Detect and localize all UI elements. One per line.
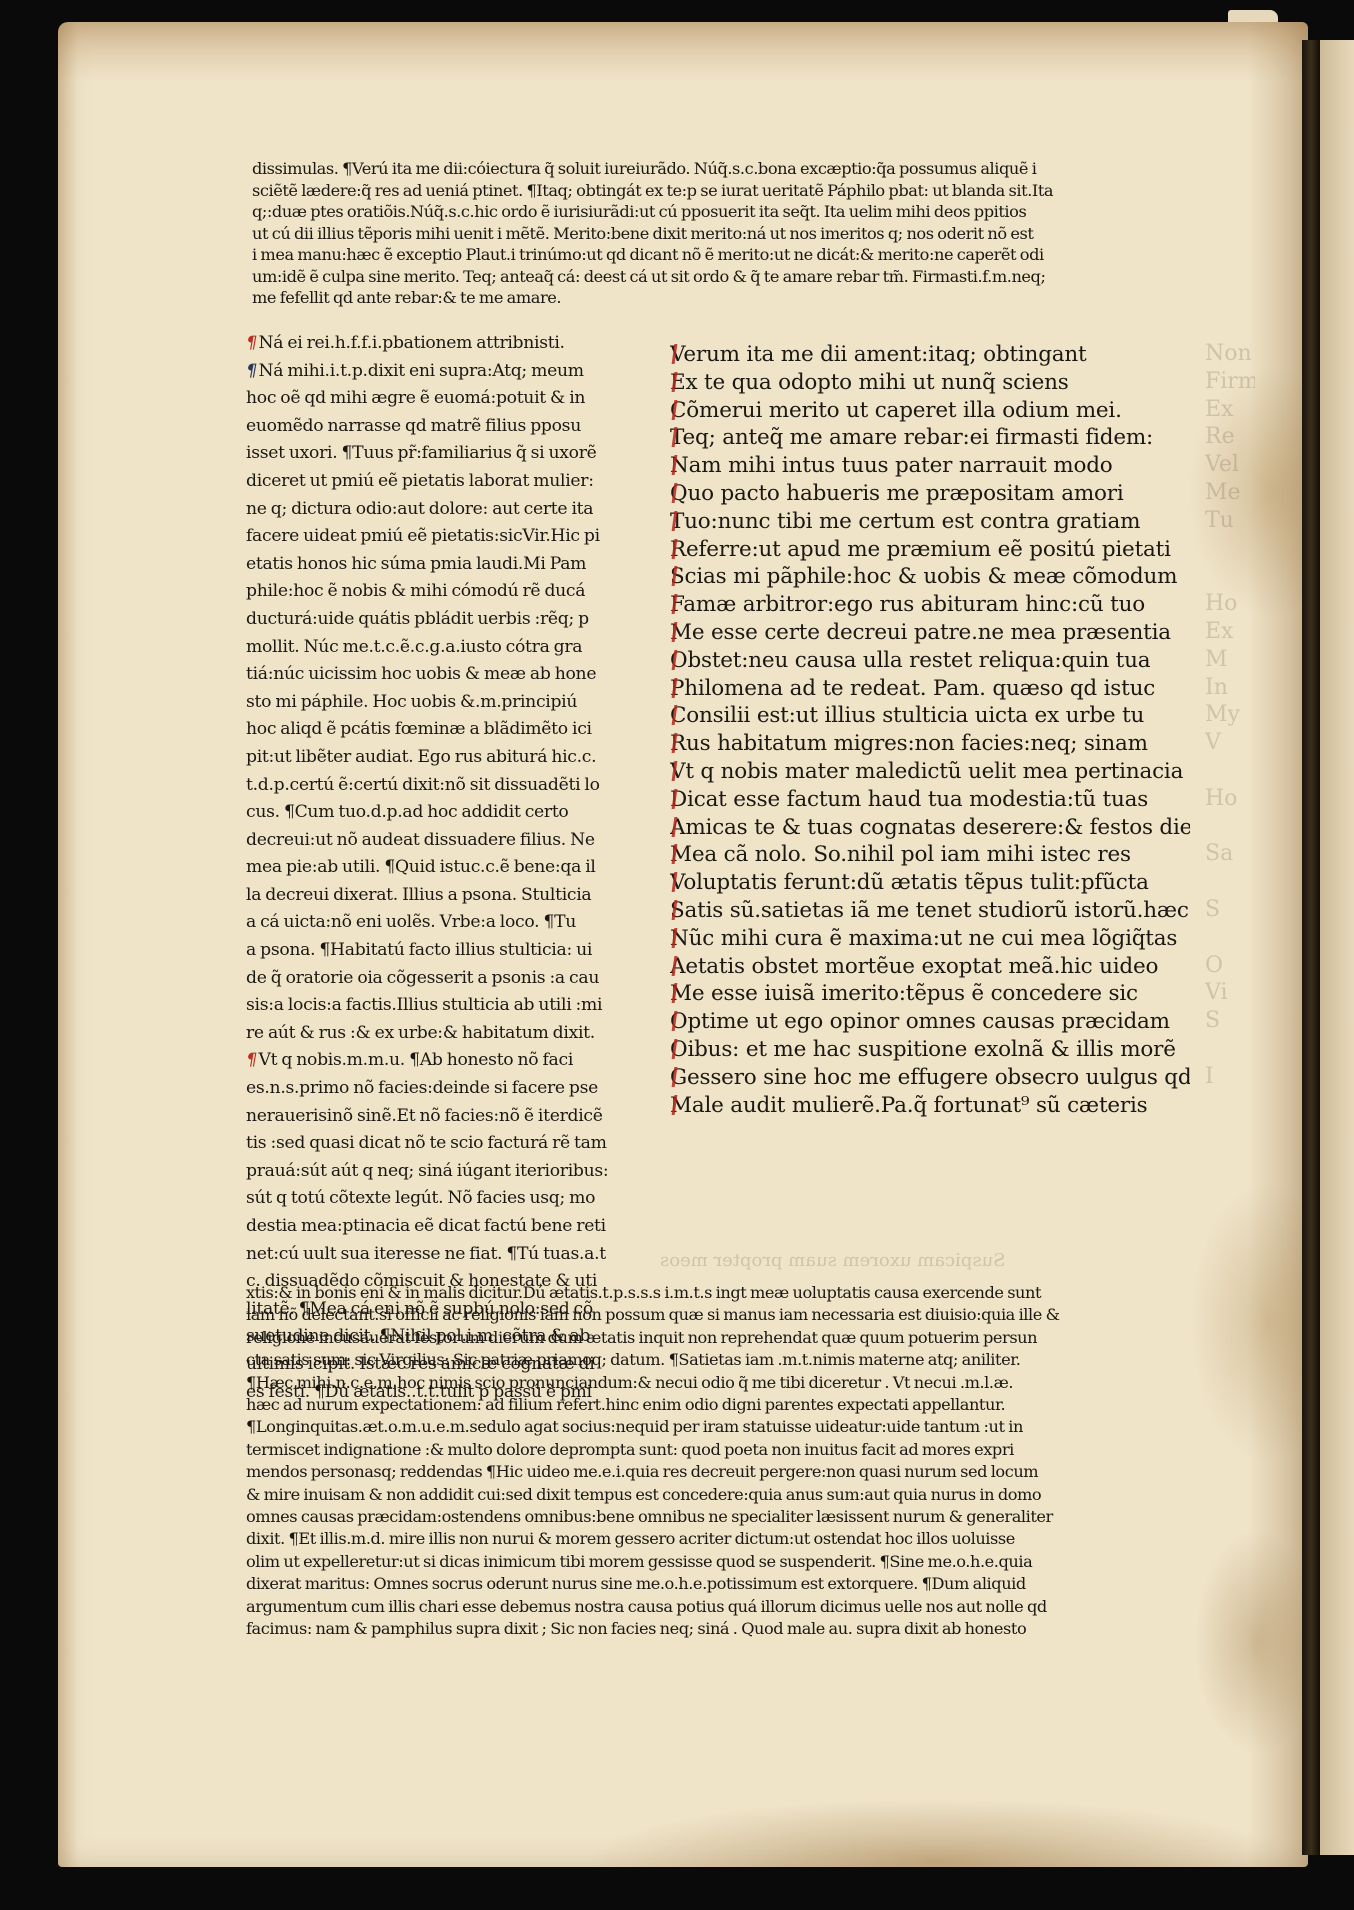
commentary-line: xtis:& in bonis eni & in malis dicitur.D… [246,1282,1191,1304]
rubricated-initial: F [670,592,683,617]
verse-line-text: etatis obstet mortẽue exoptat meã.hic ui… [685,954,1158,979]
rubricated-initial: M [670,842,692,867]
verse-line-text: hilomena ad te redeat. Pam. quæso qd ist… [684,676,1155,701]
verse-line-text: essero sine hoc me effugere obsecro uulg… [687,1065,1190,1090]
commentary-line-text: tiá:núc uicissim hoc uobis & meæ ab hone [246,664,596,684]
rubricated-initial: M [670,1093,692,1118]
commentary-left-column: ¶Ná ei rei.h.f.f.i.pbationem attribnisti… [246,330,666,1406]
verse-line-text: micas te & tuas cognatas deserere:& fest… [685,815,1190,840]
show-through-letter: Tu [1205,507,1255,535]
commentary-line: me fefellit qd ante rebar:& te me amare. [252,287,1187,309]
commentary-line: hæc ad nurum expectationem: ad filium re… [246,1394,1191,1416]
verse-line-text: e esse iuisã imerito:tẽpus ẽ concedere s… [692,981,1138,1006]
rubricated-initial: C [670,703,686,728]
paragraph-mark-icon: ¶ [246,358,259,386]
show-through-letter: V [1205,729,1255,757]
commentary-line-text: ducturá:uide quátis pbládit uerbis :rẽq;… [246,609,589,629]
rubricated-initial: O [670,1009,687,1034]
verse-line: Referre:ut apud me præmium eẽ positú pie… [670,536,1190,564]
verse-line: Amicas te & tuas cognatas deserere:& fes… [670,814,1190,842]
commentary-line-text: Ná ei rei.h.f.f.i.pbationem attribnisti. [259,333,565,353]
commentary-line: tiá:núc uicissim hoc uobis & meæ ab hone [246,661,666,689]
commentary-line: destia mea:ptinacia eẽ dicat factú bene … [246,1213,666,1241]
commentary-line-text: prauá:sút aút q neq; siná iúgant iterior… [246,1161,608,1181]
commentary-line-text: sto mi páphile. Hoc uobis &.m.principiú [246,692,577,712]
verse-line-text: erum ita me dii ament:itaq; obtingant [683,342,1086,367]
verse-line-text: ibus: et me hac suspitione exolnã & illi… [687,1037,1175,1062]
commentary-line: sút q totú cõtexte legút. Nõ facies usq;… [246,1185,666,1213]
commentary-line-text: Ná mihi.i.t.p.dixit eni supra:Atq; meum [259,361,584,381]
commentary-line: termiscet indignatione :& multo dolore d… [246,1439,1191,1461]
verse-line-text: cias mi pãphile:hoc & uobis & meæ cõmodu… [685,564,1178,589]
rubricated-initial: G [670,1065,687,1090]
verse-line: Famæ arbitror:ego rus abituram hinc:cũ t… [670,591,1190,619]
commentary-line: & mire inuisam & non addidit cui:sed dix… [246,1484,1191,1506]
verse-line-text: am mihi intus tuus pater narrauit modo [689,453,1113,478]
commentary-line: mea pie:ab utili. ¶Quid istuc.c.ẽ bene:q… [246,854,666,882]
commentary-line: hoc oẽ qd mihi ægre ẽ euomá:potuit & in [246,385,666,413]
commentary-line-text: t.d.p.certú ẽ:certú dixit:nõ sit dissuad… [246,775,600,795]
rubricated-initial: T [670,425,682,450]
rubricated-initial: M [670,981,692,1006]
commentary-line: a cá uicta:nõ eni uolẽs. Vrbe:a loco. ¶T… [246,909,666,937]
verse-line-text: x te qua odopto mihi ut nunq̃ sciens [686,370,1069,395]
commentary-line: net:cú uult sua iteresse ne fiat. ¶Tú tu… [246,1241,666,1269]
commentary-line: nerauerisinõ sinẽ.Et nõ facies:nõ ẽ iter… [246,1103,666,1131]
show-through-letter [1205,868,1255,896]
commentary-line-text: cus. ¶Cum tuo.d.p.ad hoc addidit certo [246,802,568,822]
verse-line: Nũc mihi cura ẽ maxima:ut ne cui mea lõg… [670,925,1190,953]
commentary-line: phile:hoc ẽ nobis & mihi cómodú rẽ ducá [246,578,666,606]
commentary-line: es.n.s.primo nõ facies:deinde si facere … [246,1075,666,1103]
show-through-text: NonFirmExReVelMeTu HoExMInMyV Ho Sa S OV… [1205,340,1255,1118]
verse-line-text: ũc mihi cura ẽ maxima:ut ne cui mea lõgi… [689,926,1178,951]
commentary-line: ¶Vt q nobis.m.m.u. ¶Ab honesto nõ faci [246,1047,666,1075]
show-through-foot-line: Suspicam uxorem suam propter meos [660,1250,1006,1271]
show-through-letter: S [1205,1007,1255,1035]
verse-line-text: icat esse factum haud tua modestia:tũ tu… [687,787,1148,812]
commentary-line: sciẽtẽ lædere:q̃ res ad ueniá ptinet. ¶I… [252,180,1187,202]
verse-text-column: Verum ita me dii ament:itaq; obtingantEx… [670,341,1190,1119]
paragraph-mark-icon: ¶ [246,330,259,358]
commentary-line: ne q; dictura odio:aut dolore: aut certe… [246,496,666,524]
commentary-line: ¶Ná mihi.i.t.p.dixit eni supra:Atq; meum [246,358,666,386]
rubricated-initial: V [670,870,683,895]
verse-line: Male audit mulierẽ.Pa.q̃ fortunat⁹ sũ cæ… [670,1092,1190,1120]
verse-line: Voluptatis ferunt:dũ ætatis tẽpus tulit:… [670,869,1190,897]
commentary-line-text: phile:hoc ẽ nobis & mihi cómodú rẽ ducá [246,581,585,601]
commentary-line-text: nerauerisinõ sinẽ.Et nõ facies:nõ ẽ iter… [246,1106,603,1126]
verse-line-text: ptime ut ego opinor omnes causas præcida… [687,1009,1169,1034]
verse-line: Nam mihi intus tuus pater narrauit modo [670,452,1190,480]
commentary-line-text: pit:ut libẽter audiat. Ego rus abiturá h… [246,747,596,767]
commentary-line-text: hoc oẽ qd mihi ægre ẽ euomá:potuit & in [246,388,585,408]
show-through-letter: Vi [1205,979,1255,1007]
show-through-letter: S [1205,896,1255,924]
commentary-line: sis:a locis:a factis.Illius stulticia ab… [246,992,666,1020]
show-through-letter [1205,535,1255,563]
commentary-line: religione incusauerat festorum dierum du… [246,1327,1191,1349]
commentary-line-text: a cá uicta:nõ eni uolẽs. Vrbe:a loco. ¶T… [246,912,576,932]
commentary-line: mollit. Núc me.t.c.ẽ.c.g.a.iusto cótra g… [246,634,666,662]
show-through-letter: My [1205,701,1255,729]
commentary-line: cta satis sum: sic Virgilius: Sic patriæ… [246,1349,1191,1371]
show-through-letter [1205,1091,1255,1119]
verse-line: Optime ut ego opinor omnes causas præcid… [670,1008,1190,1036]
show-through-letter: Ho [1205,785,1255,813]
commentary-line-text: mollit. Núc me.t.c.ẽ.c.g.a.iusto cótra g… [246,637,582,657]
rubricated-initial: N [670,453,689,478]
commentary-line: decreui:ut nõ audeat dissuadere filius. … [246,827,666,855]
commentary-line: la decreui dixerat. Illius a psona. Stul… [246,882,666,910]
commentary-line-text: de q̃ oratorie oia cõgesserit a psonis :… [246,968,599,988]
rubricated-initial: N [670,926,689,951]
commentary-line: sto mi páphile. Hoc uobis &.m.principiú [246,689,666,717]
verse-line-text: e esse certe decreui patre.ne mea præsen… [692,620,1171,645]
commentary-line-text: es.n.s.primo nõ facies:deinde si facere … [246,1078,598,1098]
show-through-letter: Re [1205,423,1255,451]
commentary-line: i mea manu:hæc ẽ exceptio Plaut.i trinúm… [252,244,1187,266]
verse-line-text: bstet:neu causa ulla restet reliqua:quin… [687,648,1150,673]
rubricated-initial: R [670,731,686,756]
commentary-line: hoc aliqd ẽ pcátis fœminæ a blãdimẽto ic… [246,716,666,744]
verse-line: Tuo:nunc tibi me certum est contra grati… [670,508,1190,536]
rubricated-initial: V [670,342,683,367]
verse-line: Dicat esse factum haud tua modestia:tũ t… [670,786,1190,814]
rubricated-initial: M [670,620,692,645]
commentary-line-text: sis:a locis:a factis.Illius stulticia ab… [246,995,602,1015]
verse-line-text: atis sũ.satietas iã me tenet studiorũ is… [685,898,1189,923]
verse-line: Me esse certe decreui patre.ne mea præse… [670,619,1190,647]
show-through-letter [1205,562,1255,590]
paragraph-mark-icon: ¶ [246,1047,259,1075]
show-through-letter: Ex [1205,396,1255,424]
commentary-line: etatis honos hic súma pmia laudi.Mi Pam [246,551,666,579]
verse-line-text: ea cã nolo. So.nihil pol iam mihi istec … [692,842,1131,867]
commentary-line: ut cú dii illius tẽporis mihi uenit i mẽ… [252,223,1187,245]
verse-line-text: õmerui merito ut caperet illa odium mei. [686,398,1121,423]
verse-line: Scias mi pãphile:hoc & uobis & meæ cõmod… [670,563,1190,591]
verse-line: Vt q nobis mater maledictũ uelit mea per… [670,758,1190,786]
show-through-letter: In [1205,674,1255,702]
commentary-line: iam nõ delectant.si officii ac religioni… [246,1304,1191,1326]
verse-line-text: onsilii est:ut illius stulticia uicta ex… [686,703,1144,728]
commentary-line-text: hoc aliqd ẽ pcátis fœminæ a blãdimẽto ic… [246,719,592,739]
commentary-line-text: Vt q nobis.m.m.u. ¶Ab honesto nõ faci [259,1050,574,1070]
commentary-line: prauá:sút aút q neq; siná iúgant iterior… [246,1158,666,1186]
verse-line-text: eferre:ut apud me præmium eẽ positú piet… [686,537,1171,562]
rubricated-initial: R [670,537,686,562]
commentary-line-text: tis :sed quasi dicat nõ te scio facturá … [246,1133,607,1153]
commentary-line-text: ne q; dictura odio:aut dolore: aut certe… [246,499,593,519]
rubricated-initial: A [670,954,685,979]
show-through-letter: Non [1205,340,1255,368]
verse-line: Aetatis obstet mortẽue exoptat meã.hic u… [670,953,1190,981]
commentary-line-text: euomẽdo narrasse qd matrẽ filius pposu [246,416,581,436]
show-through-letter [1205,1035,1255,1063]
facing-leaf-edge [1320,40,1354,1855]
rubricated-initial: A [670,815,685,840]
commentary-line: a psona. ¶Habitatú facto illius stultici… [246,937,666,965]
commentary-line: cus. ¶Cum tuo.d.p.ad hoc addidit certo [246,799,666,827]
show-through-letter [1205,757,1255,785]
rubricated-initial: S [670,564,685,589]
commentary-line-text: re aút & rus :& ex urbe:& habitatum dixi… [246,1023,595,1043]
show-through-letter: Ho [1205,590,1255,618]
commentary-line-text: la decreui dixerat. Illius a psona. Stul… [246,885,591,905]
verse-line-text: uo:nunc tibi me certum est contra gratia… [684,509,1140,534]
commentary-line: ¶Longinquitas.æt.o.m.u.e.m.sedulo agat s… [246,1416,1191,1438]
commentary-line: argumentum cum illis chari esse debemus … [246,1596,1191,1618]
commentary-line: isset uxori. ¶Tuus pr̃:familiarius q̃ si… [246,440,666,468]
verse-line: Cõmerui merito ut caperet illa odium mei… [670,397,1190,425]
rubricated-initial: E [670,370,686,395]
rubricated-initial: P [670,676,684,701]
verse-line-text: uo pacto habueris me præpositam amori [687,481,1123,506]
verse-line: Verum ita me dii ament:itaq; obtingant [670,341,1190,369]
commentary-line-text: decreui:ut nõ audeat dissuadere filius. … [246,830,595,850]
commentary-line-text: diceret ut pmiú eẽ pietatis laborat muli… [246,471,594,491]
commentary-line: tis :sed quasi dicat nõ te scio facturá … [246,1130,666,1158]
verse-line-text: us habitatum migres:non facies:neq; sina… [686,731,1148,756]
verse-line-text: ale audit mulierẽ.Pa.q̃ fortunat⁹ sũ cæt… [692,1093,1148,1118]
commentary-line: dixit. ¶Et illis.m.d. mire illis non nur… [246,1528,1191,1550]
verse-line-text: amæ arbitror:ego rus abituram hinc:cũ tu… [683,592,1145,617]
commentary-bottom-block: xtis:& in bonis eni & in malis dicitur.D… [246,1282,1191,1641]
commentary-top-block: dissimulas. ¶Verú ita me dii:cóiectura q… [252,158,1187,309]
commentary-line: euomẽdo narrasse qd matrẽ filius pposu [246,413,666,441]
commentary-line-text: facere uideat pmiú eẽ pietatis:sicVir.Hi… [246,526,600,546]
show-through-letter: Ex [1205,618,1255,646]
commentary-line: de q̃ oratorie oia cõgesserit a psonis :… [246,965,666,993]
commentary-line: dixerat maritus: Omnes socrus oderunt nu… [246,1573,1191,1595]
commentary-line: diceret ut pmiú eẽ pietatis laborat muli… [246,468,666,496]
commentary-line: q;:duæ ptes oratiõis.Núq̃.s.c.hic ordo ẽ… [252,201,1187,223]
show-through-letter: Firm [1205,368,1255,396]
show-through-letter: Vel [1205,451,1255,479]
commentary-line: mendos personasq; reddendas ¶Hic uideo m… [246,1461,1191,1483]
show-through-letter: Me [1205,479,1255,507]
verse-line: Obstet:neu causa ulla restet reliqua:qui… [670,647,1190,675]
commentary-line: ¶Hæc mihi.n.c.e.m.hoc nimis scio pronunc… [246,1372,1191,1394]
commentary-line-text: sút q totú cõtexte legút. Nõ facies usq;… [246,1188,595,1208]
commentary-line: pit:ut libẽter audiat. Ego rus abiturá h… [246,744,666,772]
show-through-letter: I [1205,1063,1255,1091]
commentary-line: ¶Ná ei rei.h.f.f.i.pbationem attribnisti… [246,330,666,358]
verse-line: Quo pacto habueris me præpositam amori [670,480,1190,508]
commentary-line-text: destia mea:ptinacia eẽ dicat factú bene … [246,1216,606,1236]
show-through-letter: O [1205,952,1255,980]
commentary-line: ducturá:uide quátis pbládit uerbis :rẽq;… [246,606,666,634]
commentary-line: t.d.p.certú ẽ:certú dixit:nõ sit dissuad… [246,772,666,800]
commentary-line: omnes causas præcidam:ostendens omnibus:… [246,1506,1191,1528]
commentary-line-text: net:cú uult sua iteresse ne fiat. ¶Tú tu… [246,1244,606,1264]
show-through-letter: Sa [1205,840,1255,868]
rubricated-initial: Q [670,481,687,506]
verse-line: Consilii est:ut illius stulticia uicta e… [670,702,1190,730]
commentary-line-text: etatis honos hic súma pmia laudi.Mi Pam [246,554,586,574]
commentary-line-text: mea pie:ab utili. ¶Quid istuc.c.ẽ bene:q… [246,857,596,877]
verse-line-text: eq; anteq̃ me amare rebar:ei firmasti fi… [682,425,1153,450]
verse-line: Ex te qua odopto mihi ut nunq̃ sciens [670,369,1190,397]
rubricated-initial: V [670,759,685,784]
book-scan: dissimulas. ¶Verú ita me dii:cóiectura q… [0,0,1354,1910]
commentary-line: dissimulas. ¶Verú ita me dii:cóiectura q… [252,158,1187,180]
commentary-line-text: isset uxori. ¶Tuus pr̃:familiarius q̃ si… [246,443,597,463]
commentary-line: olim ut expelleretur:ut si dicas inimicu… [246,1551,1191,1573]
verse-line: Gessero sine hoc me effugere obsecro uul… [670,1064,1190,1092]
verse-line: Oibus: et me hac suspitione exolnã & ill… [670,1036,1190,1064]
verse-line-text: oluptatis ferunt:dũ ætatis tẽpus tulit:p… [683,870,1148,895]
commentary-line: facimus: nam & pamphilus supra dixit ; S… [246,1618,1191,1640]
verse-line: Rus habitatum migres:non facies:neq; sin… [670,730,1190,758]
rubricated-initial: O [670,1037,687,1062]
commentary-line: um:idẽ ẽ culpa sine merito. Teq; anteaq̃… [252,266,1187,288]
commentary-line-text: a psona. ¶Habitatú facto illius stultici… [246,940,592,960]
rubricated-initial: C [670,398,686,423]
binding-gutter [1302,40,1320,1855]
commentary-line: facere uideat pmiú eẽ pietatis:sicVir.Hi… [246,523,666,551]
show-through-letter: M [1205,646,1255,674]
show-through-letter [1205,924,1255,952]
show-through-letter [1205,813,1255,841]
verse-line-text: t q nobis mater maledictũ uelit mea pert… [685,759,1183,784]
rubricated-initial: S [670,898,685,923]
rubricated-initial: O [670,648,687,673]
verse-line: Teq; anteq̃ me amare rebar:ei firmasti f… [670,424,1190,452]
verse-line: Mea cã nolo. So.nihil pol iam mihi istec… [670,841,1190,869]
verse-line: Philomena ad te redeat. Pam. quæso qd is… [670,675,1190,703]
verse-line: Satis sũ.satietas iã me tenet studiorũ i… [670,897,1190,925]
rubricated-initial: D [670,787,687,812]
commentary-line: re aút & rus :& ex urbe:& habitatum dixi… [246,1020,666,1048]
verse-line: Me esse iuisã imerito:tẽpus ẽ concedere … [670,980,1190,1008]
rubricated-initial: T [670,509,684,534]
